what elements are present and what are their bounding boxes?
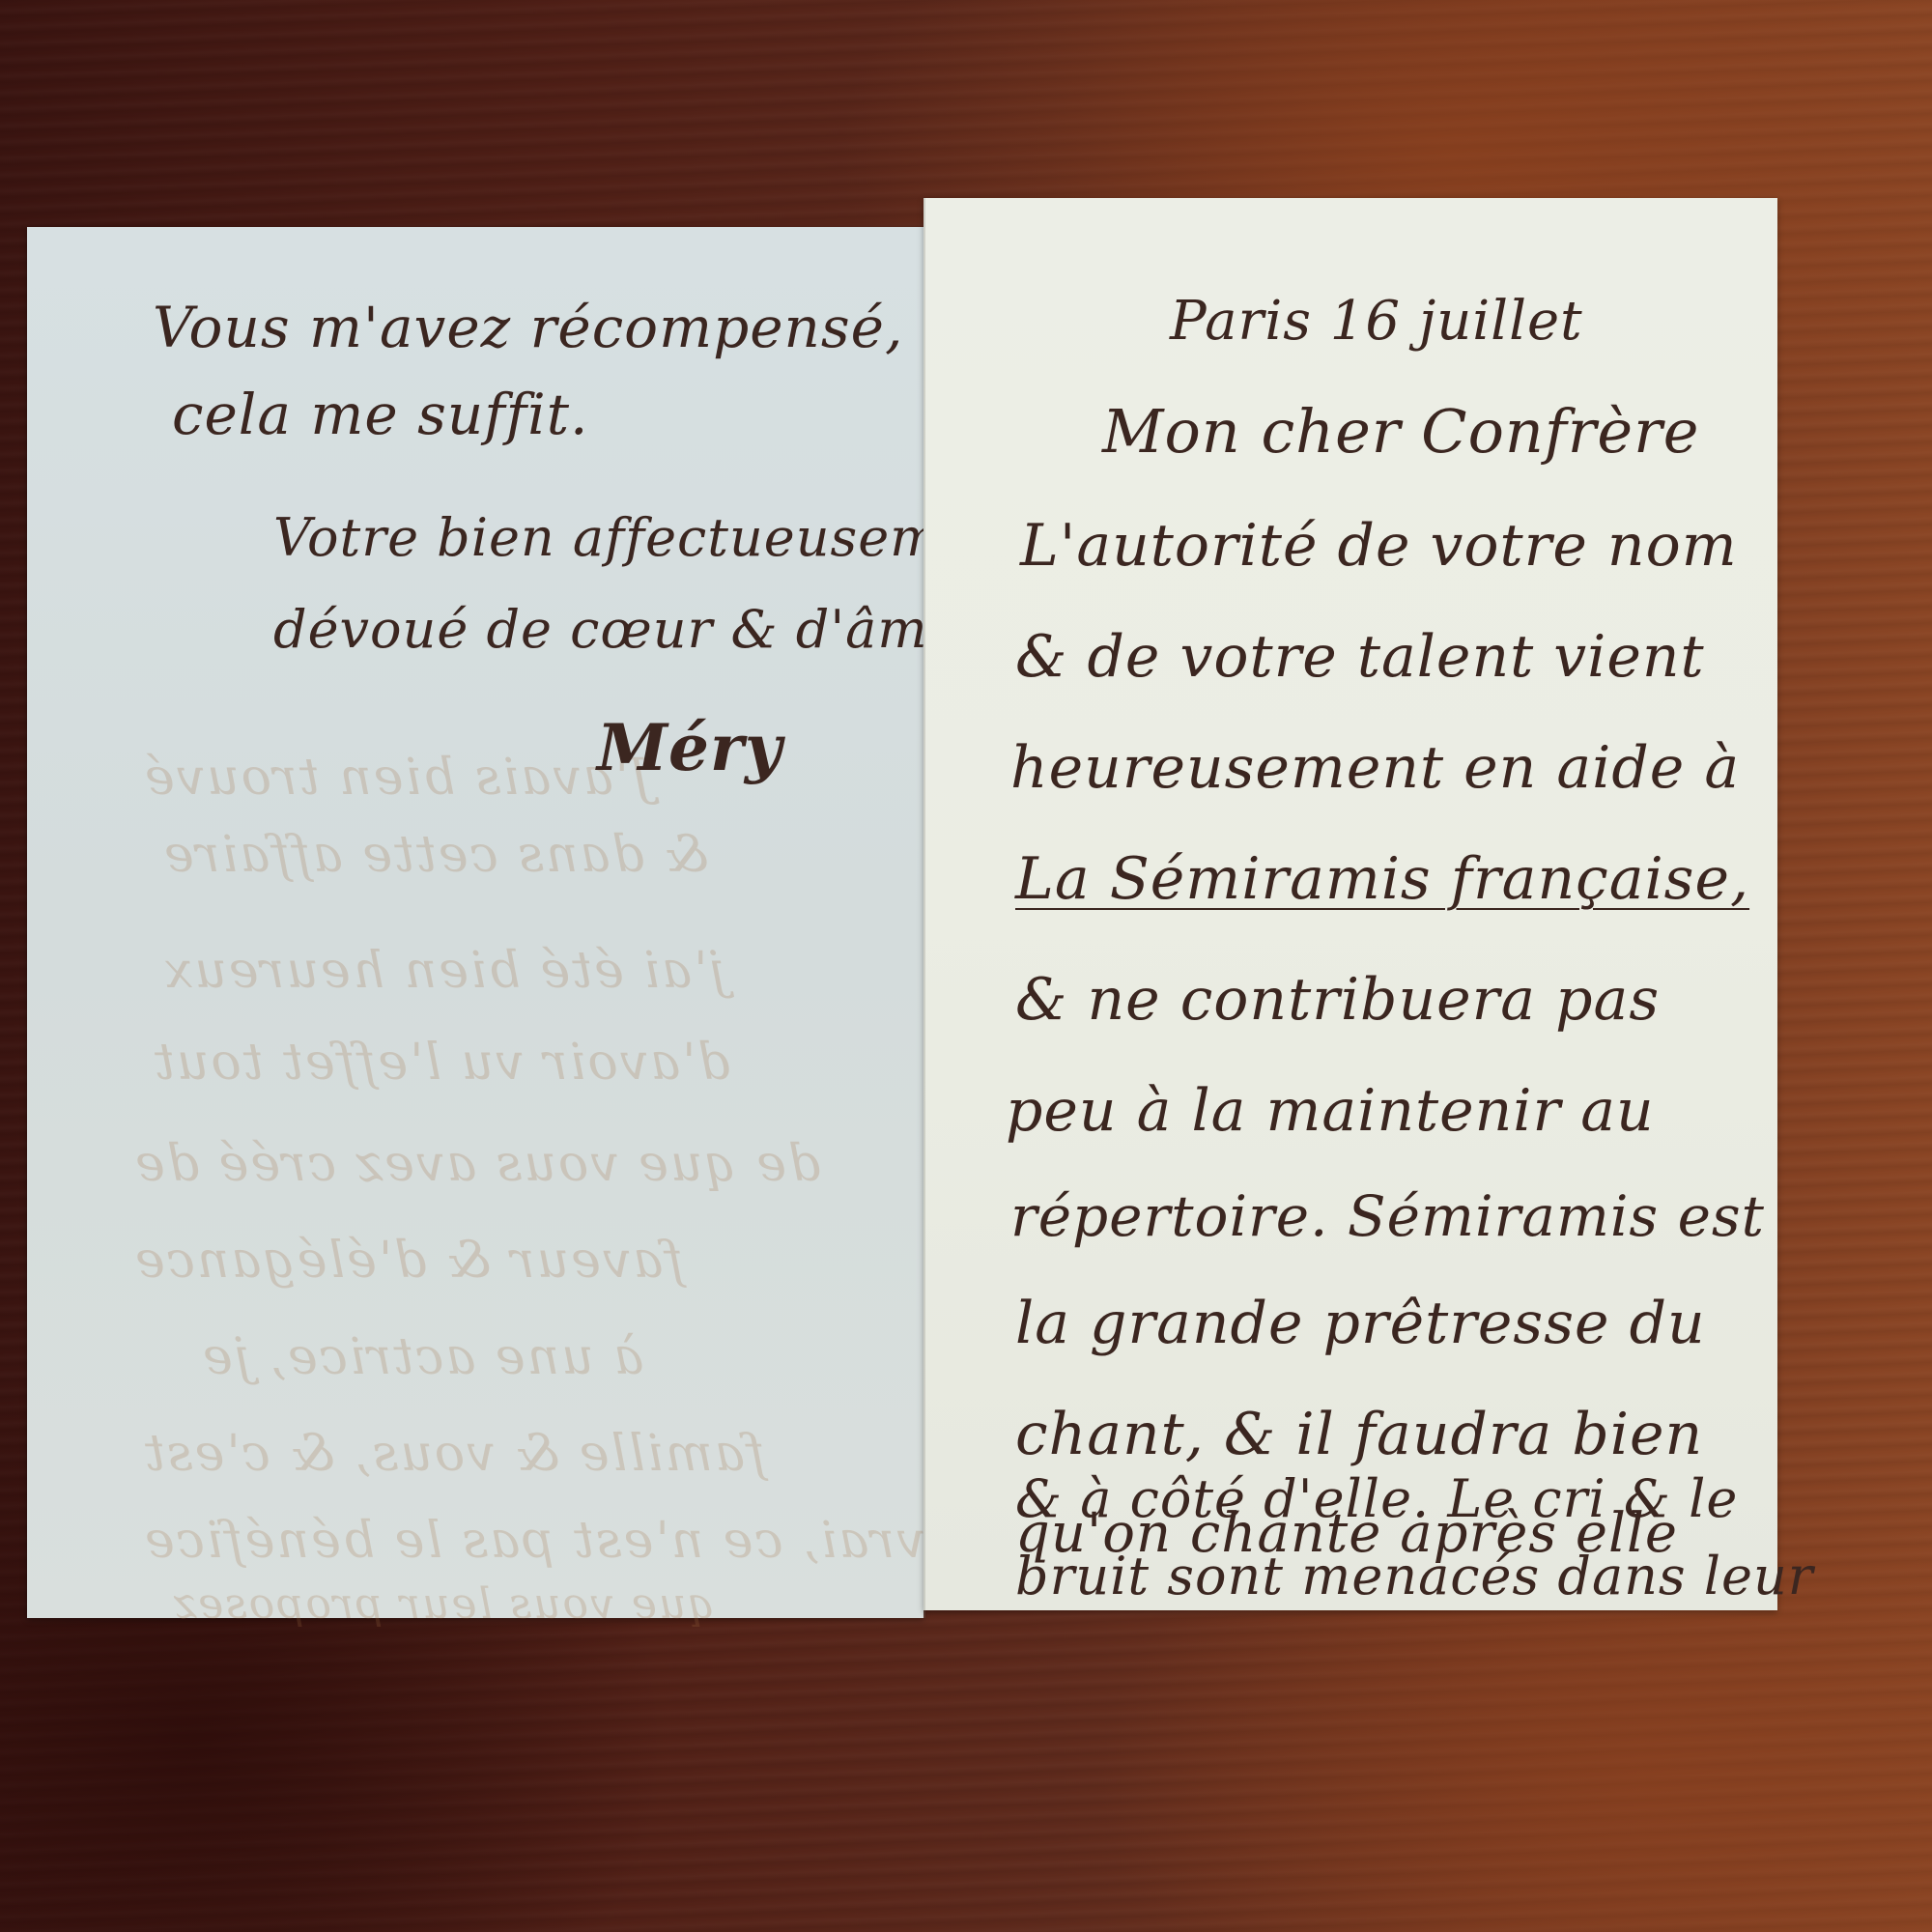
letter-body-line: la grande prêtresse du (1015, 1290, 1706, 1357)
letter-body-line-semiramis: La Sémiramis française, (1015, 845, 1749, 913)
bleed-through-line: & dans cette affaire (162, 826, 709, 884)
letter-body-line: & de votre talent vient (1015, 623, 1705, 691)
right-page: Paris 16 juillet Mon cher Confrère L'aut… (923, 198, 1777, 1610)
letter-body-line: répertoire. Sémiramis est (1010, 1183, 1765, 1249)
bleed-through-line: faveur & d'élégance (133, 1232, 684, 1290)
bleed-through-line: d'avoir vu l'effet tout (153, 1034, 730, 1092)
closing-line: Votre bien affectueusement (273, 507, 1029, 568)
bleed-through-line: à une actrice, je (201, 1328, 643, 1386)
closing-line: dévoué de cœur & d'âme (273, 599, 960, 660)
letter-body-line: peu à la maintenir au (1006, 1077, 1655, 1145)
bleed-through-line: de que vous avez créé de (133, 1135, 820, 1193)
letter-body-line: chant, & il faudra bien (1015, 1401, 1703, 1468)
letter-body-line: & à côté d'elle. Le cri & le (1015, 1468, 1738, 1529)
bleed-through-line: j'ai été bien heureux (162, 942, 724, 1000)
left-page: J'avais bien trouvé & dans cette affaire… (27, 227, 923, 1618)
salutation: Mon cher Confrère (1102, 396, 1699, 467)
bleed-through-line: que vous leur proposez (172, 1579, 715, 1629)
signature: Méry (597, 710, 782, 785)
letter-body-line: L'autorité de votre nom (1020, 512, 1738, 580)
letter-text-line: Vous m'avez récompensé, (153, 295, 903, 360)
folded-letter: J'avais bien trouvé & dans cette affaire… (27, 198, 1777, 1613)
bleed-through-line: J'avais bien trouvé (143, 749, 651, 807)
letter-body-line: & ne contribuera pas (1015, 966, 1660, 1034)
letter-text-line: cela me suffit. (172, 382, 588, 447)
dateline: Paris 16 juillet (1170, 290, 1583, 353)
bleed-through-line: vrai, ce n'est pas le bénéfice (143, 1512, 925, 1570)
letter-body-line: heureusement en aide à (1010, 734, 1740, 802)
center-fold (923, 198, 925, 1618)
letter-body-line: bruit sont menacés dans leur (1015, 1546, 1814, 1606)
bleed-through-line: famille & vous, & c'est (143, 1425, 765, 1483)
